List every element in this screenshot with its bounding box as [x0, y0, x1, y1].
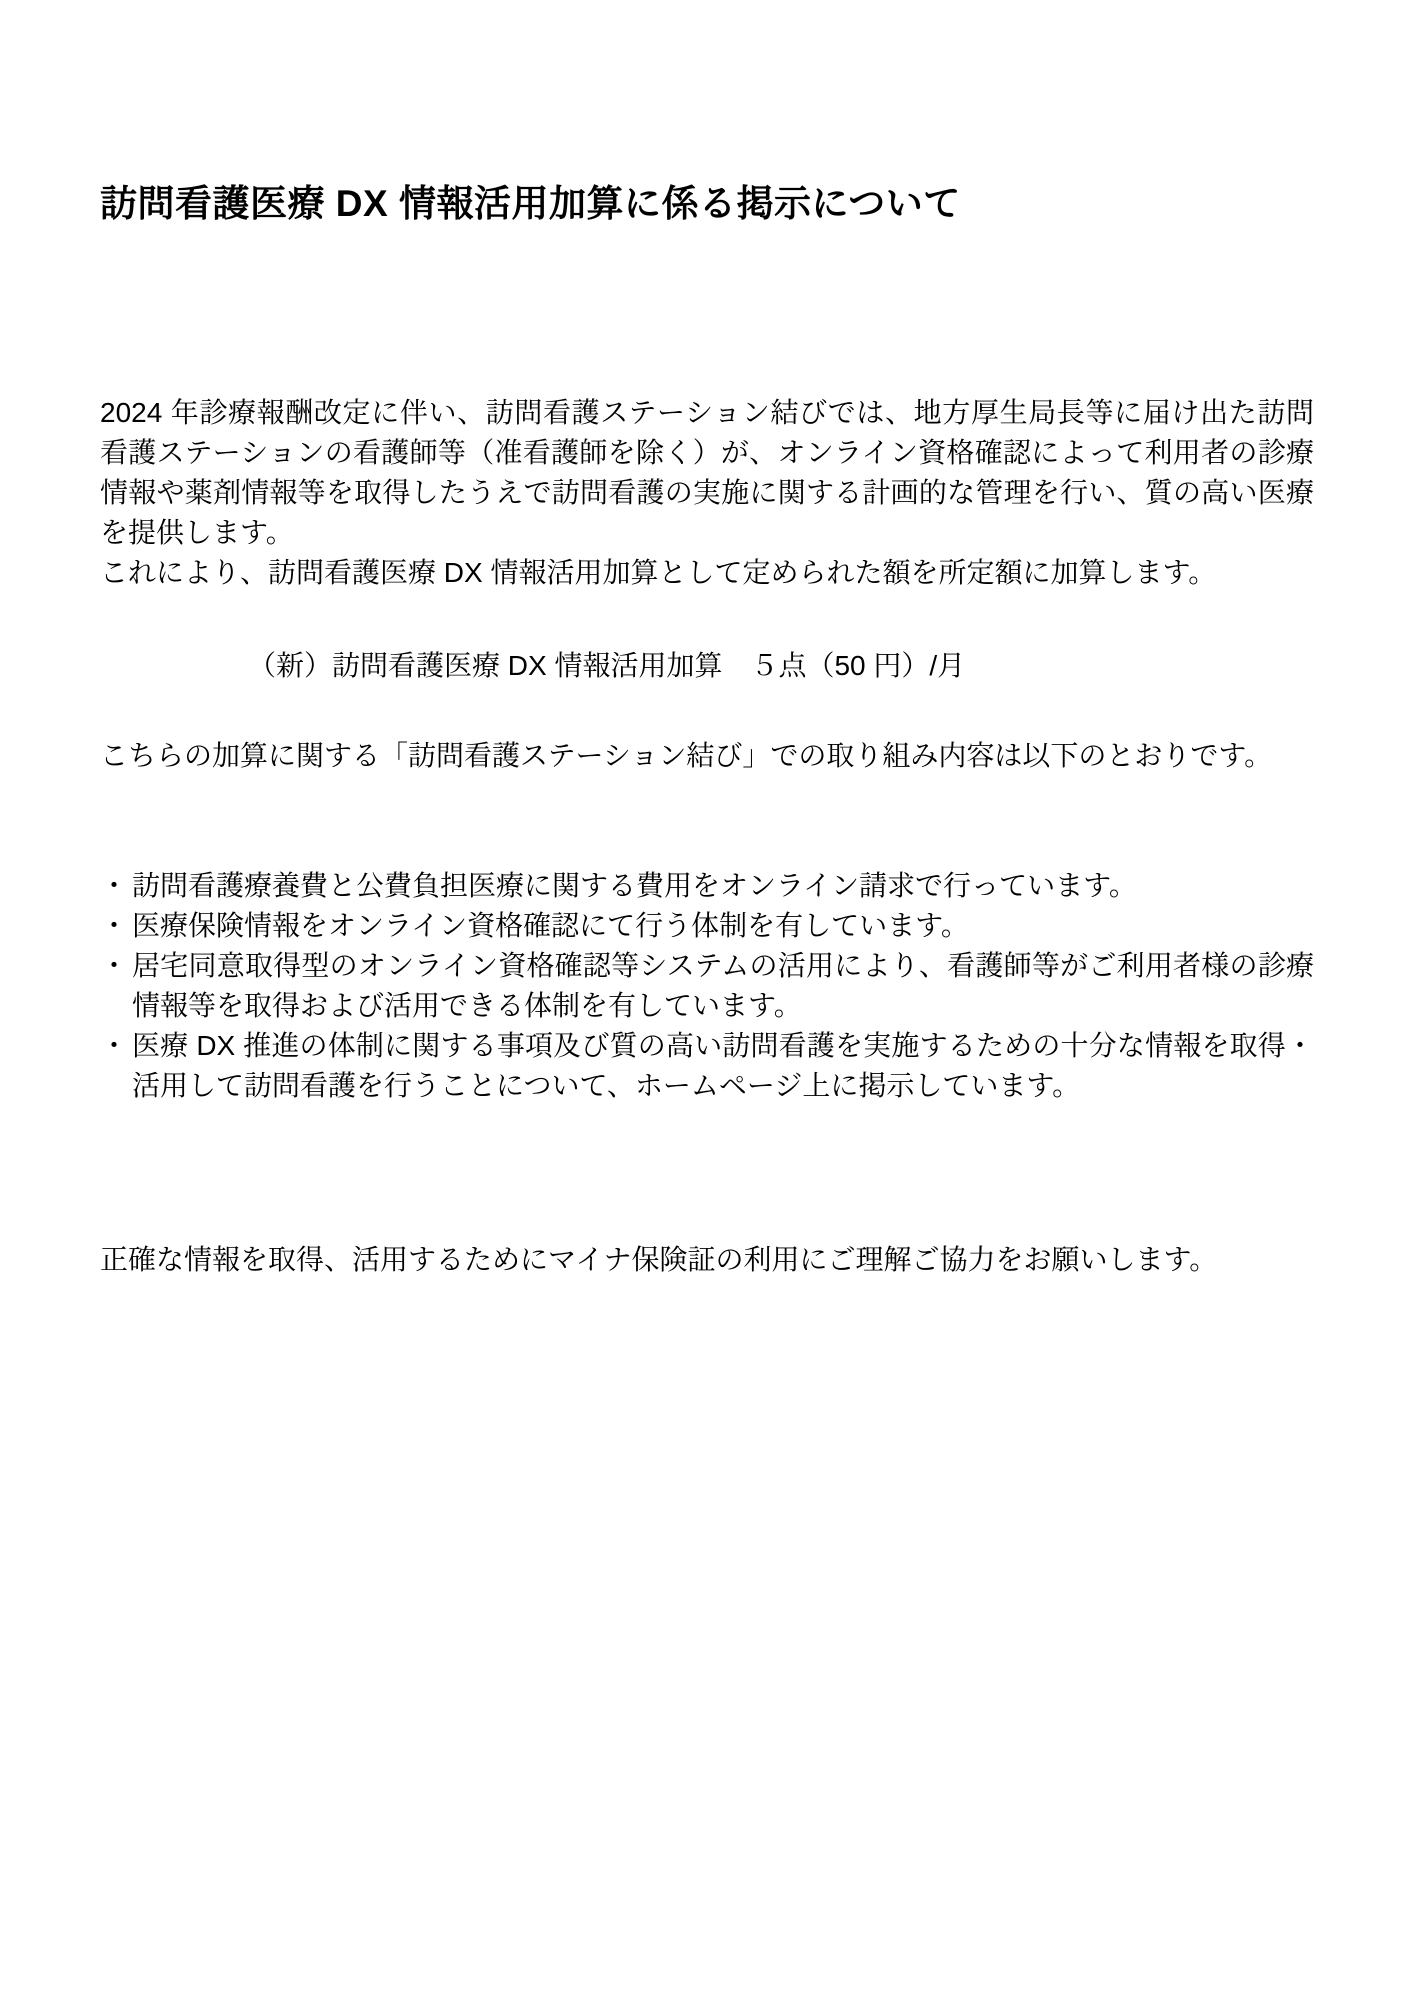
lead-section: こちらの加算に関する「訪問看護ステーション結び」での取り組み内容は以下のとおりで…	[100, 736, 1314, 776]
initiatives-list: ・ 訪問看護療養費と公費負担医療に関する費用をオンライン請求で行っています。 ・…	[100, 866, 1314, 1106]
list-item-text: 訪問看護療養費と公費負担医療に関する費用をオンライン請求で行っています。	[132, 866, 1314, 906]
list-item-text: 医療保険情報をオンライン資格確認にて行う体制を有しています。	[132, 906, 1314, 946]
closing-paragraph: 正確な情報を取得、活用するためにマイナ保険証の利用にご理解ご協力をお願いします。	[100, 1240, 1314, 1280]
intro-paragraph-2: これにより、訪問看護医療 DX 情報活用加算として定められた額を所定額に加算しま…	[100, 553, 1314, 593]
lead-paragraph: こちらの加算に関する「訪問看護ステーション結び」での取り組み内容は以下のとおりで…	[100, 736, 1314, 776]
bullet-icon: ・	[100, 866, 132, 906]
list-item: ・ 医療 DX 推進の体制に関する事項及び質の高い訪問看護を実施するための十分な…	[100, 1026, 1314, 1106]
list-item-text: 医療 DX 推進の体制に関する事項及び質の高い訪問看護を実施するための十分な情報…	[132, 1026, 1314, 1106]
addition-fee-highlight: （新）訪問看護医療 DX 情報活用加算 ５点（50 円）/月	[100, 646, 1314, 686]
intro-paragraph-1: 2024 年診療報酬改定に伴い、訪問看護ステーション結びでは、地方厚生局長等に届…	[100, 393, 1314, 553]
list-item: ・ 居宅同意取得型のオンライン資格確認等システムの活用により、看護師等がご利用者…	[100, 946, 1314, 1026]
bullet-icon: ・	[100, 946, 132, 986]
page-title: 訪問看護医療 DX 情報活用加算に係る掲示について	[100, 180, 1314, 228]
bullet-icon: ・	[100, 906, 132, 946]
list-item-text: 居宅同意取得型のオンライン資格確認等システムの活用により、看護師等がご利用者様の…	[132, 946, 1314, 1026]
bullet-icon: ・	[100, 1026, 132, 1066]
list-item: ・ 医療保険情報をオンライン資格確認にて行う体制を有しています。	[100, 906, 1314, 946]
document-page: 訪問看護医療 DX 情報活用加算に係る掲示について 2024 年診療報酬改定に伴…	[0, 0, 1414, 2000]
closing-section: 正確な情報を取得、活用するためにマイナ保険証の利用にご理解ご協力をお願いします。	[100, 1240, 1314, 1280]
intro-section: 2024 年診療報酬改定に伴い、訪問看護ステーション結びでは、地方厚生局長等に届…	[100, 393, 1314, 593]
list-item: ・ 訪問看護療養費と公費負担医療に関する費用をオンライン請求で行っています。	[100, 866, 1314, 906]
